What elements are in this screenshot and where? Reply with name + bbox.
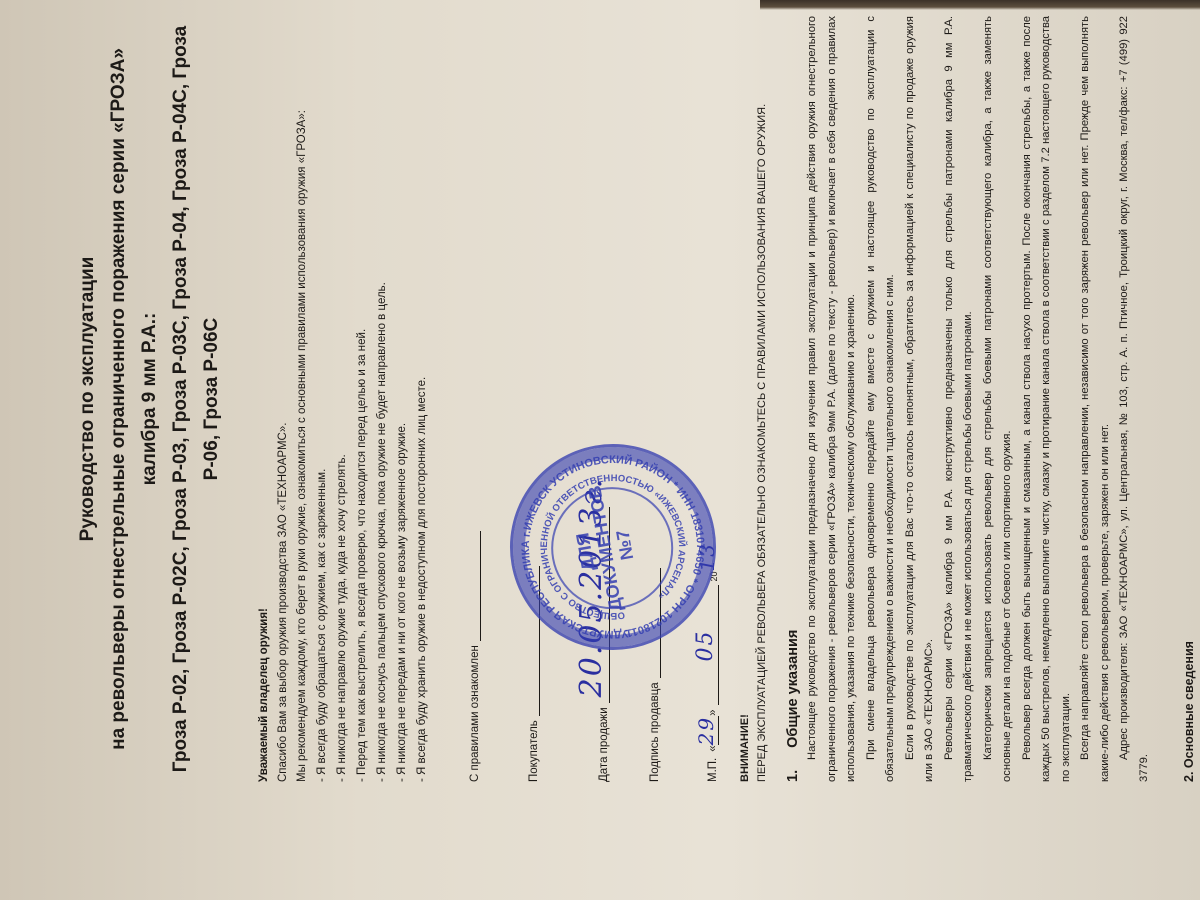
recommend-text: Мы рекомендуем каждому, кто берет в руки…: [293, 16, 312, 782]
safety-rules: - Я всегда буду обращаться с оружием, ка…: [312, 16, 432, 782]
paragraph: Револьверы серии «ГРОЗА» калибра 9 мм Р.…: [940, 16, 979, 782]
sale-date-row: Дата продажи 20.05.2013г.: [574, 16, 610, 782]
rule-item: - Я всегда буду обращаться с оружием, ка…: [312, 16, 332, 782]
section2: 2. Основные сведения 2.1. Назначение Рев…: [1180, 16, 1200, 782]
section1-number: 1.: [785, 770, 801, 782]
mp-label: М.П.: [707, 758, 719, 782]
title-block: Руководство по эксплуатации на револьвер…: [72, 16, 227, 782]
rule-item: - Я никогда не направлю оружие туда, куд…: [332, 16, 352, 782]
thanks-text: Спасибо Вам за выбор оружия производства…: [274, 16, 293, 782]
rule-item: - Я всегда буду хранить оружие в недосту…: [412, 16, 432, 782]
salutation: Уважаемый владелец оружия!: [255, 16, 274, 782]
attention-text: ПЕРЕД ЭКСПЛУАТАЦИЕЙ РЕВОЛЬВЕРА ОБЯЗАТЕЛЬ…: [754, 16, 771, 782]
paragraph: Адрес производителя: ЗАО «ТЕХНОАРМС», ул…: [1115, 16, 1154, 782]
attention-block: ВНИМАНИЕ! ПЕРЕД ЭКСПЛУАТАЦИЕЙ РЕВОЛЬВЕРА…: [737, 16, 771, 782]
rule-item: - Перед тем как выстрелить, я всегда про…: [352, 16, 372, 782]
section1-heading: 1. Общие указания: [785, 16, 801, 782]
mp-day: 29: [694, 716, 719, 745]
document-title: Руководство по эксплуатации: [72, 16, 103, 782]
document-page: Руководство по эксплуатации на револьвер…: [0, 0, 1200, 900]
mp-row: М.П. « 29 » 05 20 13: [693, 16, 719, 782]
model-list: Гроза Р-02, Гроза Р-02С, Гроза Р-03, Гро…: [165, 16, 227, 782]
acknowledged-row: С правилами ознакомлен: [466, 16, 481, 782]
paragraph: При смене владельца револьвера одновреме…: [862, 16, 901, 782]
seller-signature-row: Подпись продавца: [646, 16, 661, 782]
attention-heading: ВНИМАНИЕ!: [737, 16, 754, 782]
buyer-row: Покупатель: [525, 16, 540, 782]
paragraph: Револьвер всегда должен быть вычищенным …: [1018, 16, 1077, 782]
seller-signature-label: Подпись продавца: [649, 682, 661, 782]
rule-item: - Я никогда не коснусь пальцем спусковог…: [372, 16, 392, 782]
sale-date-label: Дата продажи: [598, 707, 610, 782]
section2-heading: 2. Основные сведения: [1180, 16, 1199, 782]
section1-body: Настоящее руководство по эксплуатации пр…: [803, 16, 1154, 782]
paragraph: Если в руководстве по эксплуатации для В…: [901, 16, 940, 782]
document-subtitle: на револьверы огнестрельные ограниченног…: [103, 16, 165, 782]
paragraph: Всегда направляйте ствол револьвера в бе…: [1076, 16, 1115, 782]
rule-item: - Я никогда не передам и ни от кого не в…: [392, 16, 412, 782]
buyer-label: Покупатель: [528, 720, 540, 782]
paragraph: Настоящее руководство по эксплуатации пр…: [803, 16, 862, 782]
paragraph: Категорически запрещается использовать р…: [979, 16, 1018, 782]
acknowledged-label: С правилами ознакомлен: [469, 645, 481, 782]
section1-title: Общие указания: [785, 630, 801, 748]
greeting: Уважаемый владелец оружия! Спасибо Вам з…: [255, 16, 312, 782]
mp-month: 05: [693, 629, 718, 661]
company-stamp: УДМУРТСКАЯ РЕСПУБЛИКА г.ИЖЕВСК УСТИНОВСК…: [494, 428, 733, 667]
acknowledged-signature-line: [466, 531, 481, 641]
